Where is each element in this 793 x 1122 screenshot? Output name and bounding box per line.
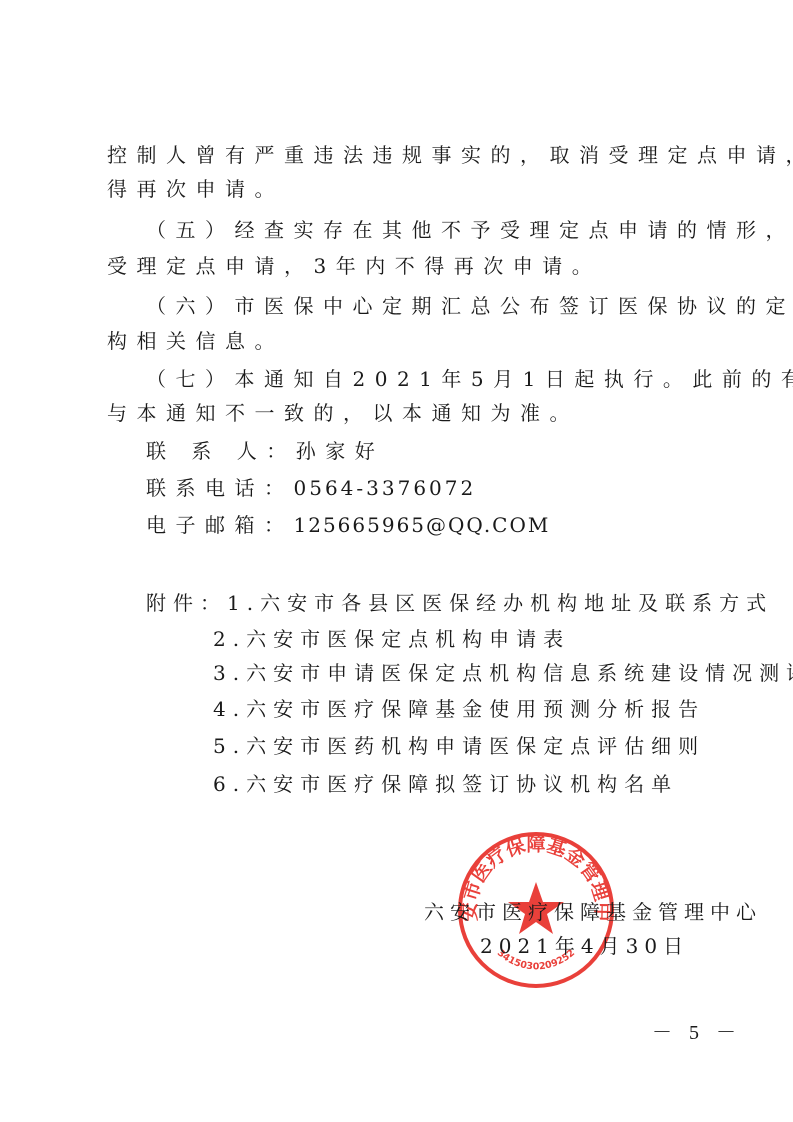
body-line-7: （七）本通知自2021年5月1日起执行。此前的有关规定 [146,367,793,391]
contact-email: 电子邮箱：125665965@QQ.COM [146,513,550,537]
body-line-5: （六）市医保中心定期汇总公布签订医保协议的定点医药机 [146,294,793,318]
attachment-1: 附件：1.六安市各县区医保经办机构地址及联系方式 [146,591,773,615]
signature-organization: 六安市医疗保障基金管理中心 [424,900,762,924]
body-line-2: 得再次申请。 [107,177,284,201]
body-line-8: 与本通知不一致的，以本通知为准。 [107,401,579,425]
contact-person-value: 孙家好 [296,439,385,463]
contact-email-value: 125665965@QQ.COM [294,513,551,537]
attachment-5: 5.六安市医药机构申请医保定点评估细则 [213,734,705,758]
contact-phone-value: 0564-3376072 [294,476,477,500]
body-line-4: 受理定点申请，3年内不得再次申请。 [107,254,601,278]
page-number: － 5 － [652,1016,742,1045]
contact-phone: 联系电话：0564-3376072 [146,476,476,500]
attachment-4: 4.六安市医疗保障基金使用预测分析报告 [213,697,705,721]
attachment-item: 1.六安市各县区医保经办机构地址及联系方式 [227,591,773,615]
contact-email-label: 电子邮箱： [146,513,294,537]
contact-phone-label: 联系电话： [146,476,294,500]
body-line-3: （五）经查实存在其他不予受理定点申请的情形，立即取消 [146,218,793,242]
attachments-label: 附件： [146,591,227,615]
signature-date: 2021年4月30日 [480,934,689,958]
attachment-6: 6.六安市医疗保障拟签订协议机构名单 [213,772,678,796]
attachment-2: 2.六安市医保定点机构申请表 [213,627,570,651]
attachment-3: 3.六安市申请医保定点机构信息系统建设情况测评表 [213,661,793,685]
body-line-6: 构相关信息。 [107,329,284,353]
body-line-1: 控制人曾有严重违法违规事实的，取消受理定点申请，5年内不 [107,143,793,167]
contact-person-label: 联 系 人： [146,439,296,463]
contact-person: 联 系 人：孙家好 [146,439,384,463]
